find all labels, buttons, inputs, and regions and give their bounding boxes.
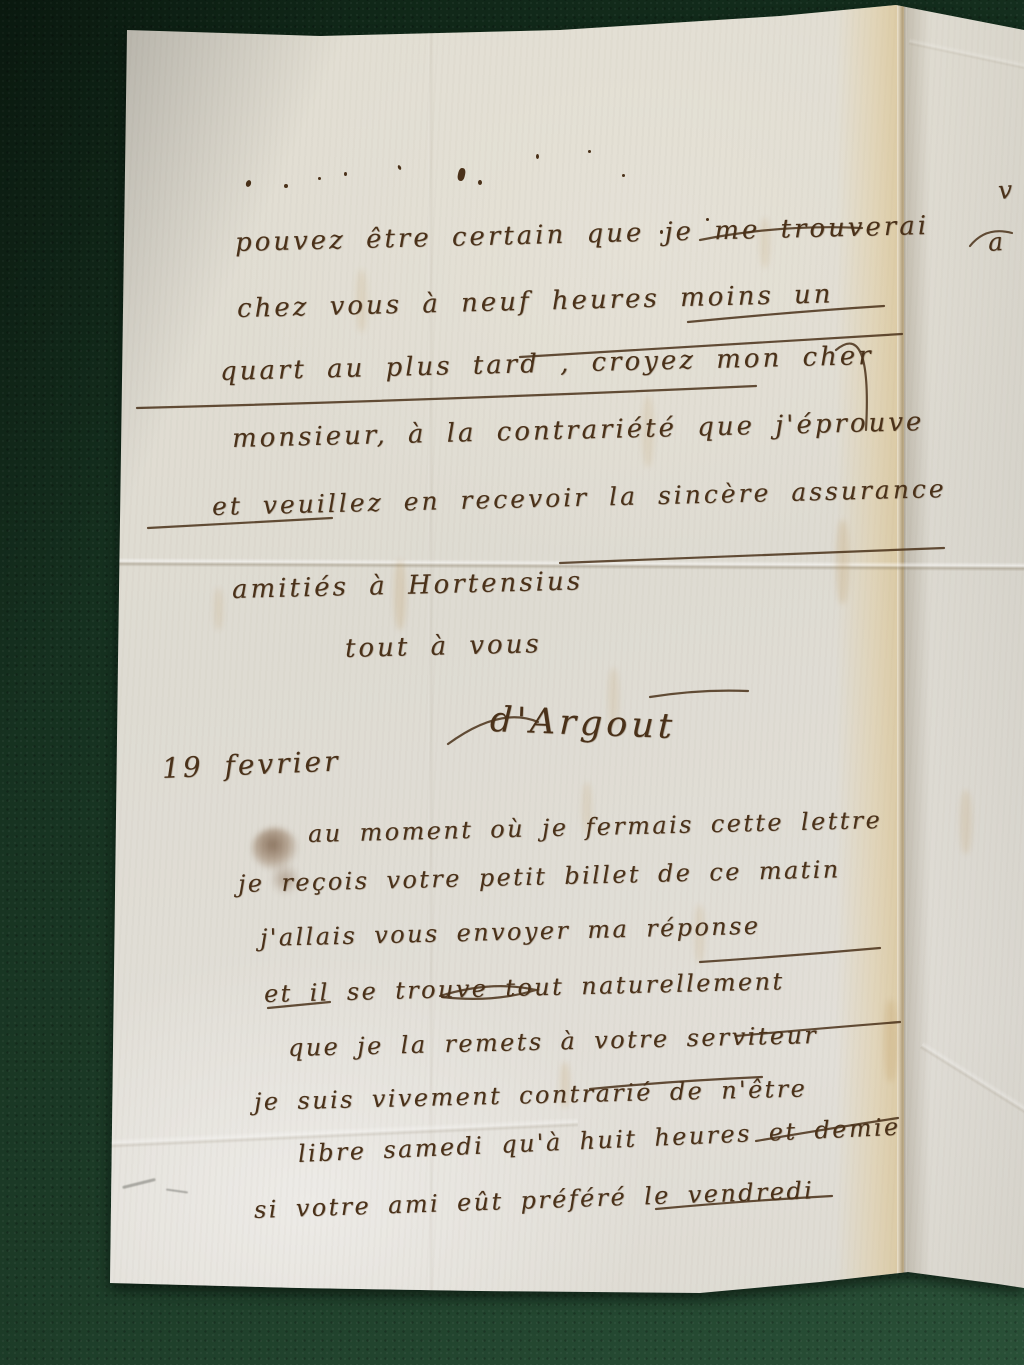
signature: d'Argout [489, 700, 677, 747]
ink-speck [344, 172, 347, 176]
letter-photograph: pouvez être certain que je me trouverai … [0, 0, 1024, 1365]
paper-stain [884, 1000, 897, 1082]
paper-stain [960, 790, 972, 854]
adjacent-page-leaf [904, 0, 1024, 1365]
paper-stain [836, 520, 849, 604]
pencil-mark [166, 1188, 188, 1193]
ink-speck [588, 150, 591, 153]
ink-speck [284, 184, 288, 188]
ink-speck [536, 154, 539, 159]
aged-fold-strip [836, 0, 904, 1365]
vertical-fold-crease [897, 0, 907, 1365]
edge-writing-fragment: a [987, 227, 1007, 257]
valediction-line: tout à vous [345, 629, 542, 664]
pencil-mark [122, 1178, 156, 1189]
paper-stain [214, 588, 223, 630]
ink-speck [318, 177, 321, 180]
letter-paper [0, 0, 1024, 1365]
ink-speck [478, 180, 482, 185]
ink-speck [622, 174, 625, 177]
edge-writing-fragment: v [997, 175, 1016, 205]
paper-wrap [0, 0, 1024, 1365]
